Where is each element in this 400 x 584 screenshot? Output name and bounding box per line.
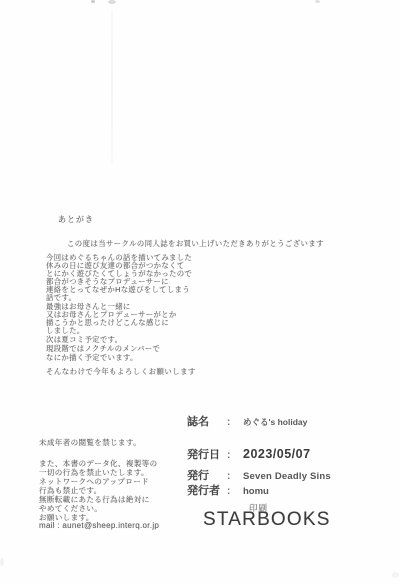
scan-speck xyxy=(91,0,95,3)
story-line: しました。 xyxy=(46,327,192,335)
afterword-heading: あとがき xyxy=(58,214,94,225)
scan-speck xyxy=(392,572,399,578)
scan-speck xyxy=(315,0,320,3)
closing-line: そんなわけで今年もよろしくお願いします xyxy=(46,366,196,377)
plans-line: 現段階ではノクチルのメンバーで xyxy=(46,344,160,353)
colophon-row-title: 誌名 : めぐる's holiday xyxy=(187,413,307,429)
colophon-separator: : xyxy=(227,486,243,497)
circle-name-value: Seven Deadly Sins xyxy=(243,471,331,482)
colophon-label: 発行日 xyxy=(187,446,227,462)
colophon-separator: : xyxy=(227,450,243,461)
book-title-value: めぐる's holiday xyxy=(243,416,307,428)
age-restriction-notice: 未成年者の閲覧を禁じます。 xyxy=(39,437,141,448)
colophon-label: 発行者 xyxy=(187,482,227,498)
colophon-row-publisher: 発行 : Seven Deadly Sins xyxy=(187,467,331,483)
future-plans-paragraph: 次は夏コミ予定です。 現段階ではノクチルのメンバーで なにか描く予定でいます。 xyxy=(46,335,160,362)
plans-line: 次は夏コミ予定です。 xyxy=(46,335,160,344)
issuer-name-value: homu xyxy=(243,486,269,497)
prohibition-line: ネットワークへのアップロード xyxy=(39,477,157,486)
plans-line: なにか描く予定でいます。 xyxy=(46,353,160,362)
story-paragraph: 今回はめぐるちゃんの話を描いてみました 休みの日に遊び友達の都合がつかなくて と… xyxy=(46,254,192,335)
scan-crease-artifact xyxy=(111,10,113,165)
publish-date-value: 2023/05/07 xyxy=(243,447,311,461)
prohibition-line: やめてください。 xyxy=(39,504,157,513)
colophon-label: 発行 xyxy=(187,467,227,483)
greeting-line: この度は当サークルの同人誌をお買い上げいただきありがとうございます xyxy=(67,238,324,249)
prohibition-line: 無断転載にあたる行為は絶対に xyxy=(39,495,157,504)
printer-name: STARBOOKS xyxy=(203,509,331,531)
colophon-separator: : xyxy=(227,471,243,482)
colophon-separator: : xyxy=(227,417,243,428)
colophon-row-issuer: 発行者 : homu xyxy=(187,482,269,498)
colophon-label: 誌名 xyxy=(187,413,227,429)
scan-speck xyxy=(108,0,116,4)
prohibition-line: また、本書のデータ化、複製等の xyxy=(39,459,157,468)
colophon-row-date: 発行日 : 2023/05/07 xyxy=(187,446,311,462)
prohibition-notice: また、本書のデータ化、複製等の 一切の行為を禁止いたします。 ネットワークへのア… xyxy=(39,459,157,522)
contact-email: mail : aunet@sheep.interq.or.jp xyxy=(39,521,159,530)
prohibition-line: 行為も禁止です。 xyxy=(39,486,157,495)
scanned-afterword-page: あとがき この度は当サークルの同人誌をお買い上げいただきありがとうございます 今… xyxy=(0,0,400,584)
scan-speck xyxy=(0,558,4,566)
prohibition-line: 一切の行為を禁止いたします。 xyxy=(39,468,157,477)
